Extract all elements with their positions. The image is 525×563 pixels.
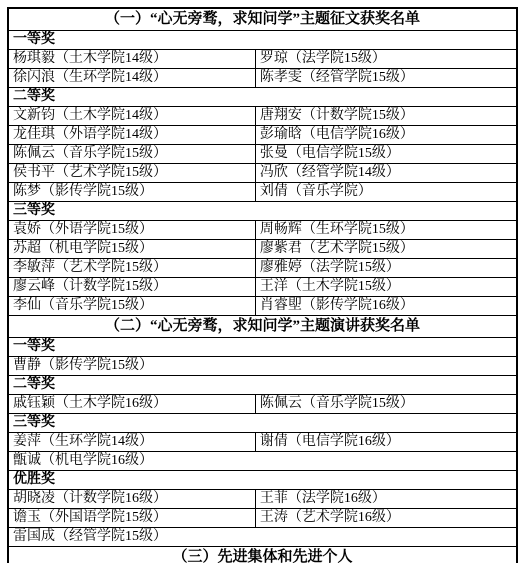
winner-row: 侯书平（艺术学院15级）冯欣（经管学院14级） xyxy=(8,164,517,183)
award-tier-row: 优胜奖 xyxy=(8,471,517,490)
winner-name-cell: 姜萍（生环学院14级） xyxy=(8,433,255,452)
winner-row: 苏超（机电学院15级）廖紫君（艺术学院15级） xyxy=(8,240,517,259)
winner-row: 龙佳琪（外语学院14级）彭瑜晗（电信学院16级） xyxy=(8,126,517,145)
winner-name-cell: 彭瑜晗（电信学院16级） xyxy=(255,126,517,145)
winner-name-cell: 陈佩云（音乐学院15级） xyxy=(8,145,255,164)
award-tier-label: 二等奖 xyxy=(8,88,517,107)
winner-name-cell: 雷国成（经管学院15级） xyxy=(8,528,517,547)
awards-table-body: （一）“心无旁骛，求知问学”主题征文获奖名单一等奖杨琪毅（土木学院14级）罗琼（… xyxy=(8,8,517,563)
winner-name-cell: 王涛（艺术学院16级） xyxy=(255,509,517,528)
winner-name-cell: 谵玉（外国语学院15级） xyxy=(8,509,255,528)
winner-name-cell: 胡晓凌（计数学院16级） xyxy=(8,490,255,509)
awards-table: （一）“心无旁骛，求知问学”主题征文获奖名单一等奖杨琪毅（土木学院14级）罗琼（… xyxy=(7,7,518,563)
winner-name-cell: 苏超（机电学院15级） xyxy=(8,240,255,259)
winner-name-cell: 龙佳琪（外语学院14级） xyxy=(8,126,255,145)
section-title: （二）“心无旁骛，求知问学”主题演讲获奖名单 xyxy=(8,316,517,338)
section-title: （一）“心无旁骛，求知问学”主题征文获奖名单 xyxy=(8,8,517,31)
winner-name-cell: 张曼（电信学院15级） xyxy=(255,145,517,164)
winner-name-cell: 侯书平（艺术学院15级） xyxy=(8,164,255,183)
winner-row: 陈梦（影传学院15级）刘倩（音乐学院） xyxy=(8,183,517,202)
winner-row: 曹静（影传学院15级） xyxy=(8,357,517,376)
winner-row: 姜萍（生环学院14级）谢倩（电信学院16级） xyxy=(8,433,517,452)
winner-name-cell: 袁娇（外语学院15级） xyxy=(8,221,255,240)
winner-row: 陈佩云（音乐学院15级）张曼（电信学院15级） xyxy=(8,145,517,164)
winner-name-cell: 文新钧（土木学院14级） xyxy=(8,107,255,126)
section-title-row: （三）先进集体和先进个人 xyxy=(8,547,517,563)
winner-row: 戚钰颖（土木学院16级）陈佩云（音乐学院15级） xyxy=(8,395,517,414)
winner-row: 廖云峰（计数学院15级）王洋（土木学院15级） xyxy=(8,278,517,297)
award-tier-row: 二等奖 xyxy=(8,376,517,395)
winner-name-cell: 周畅辉（生环学院15级） xyxy=(255,221,517,240)
winner-row: 谵玉（外国语学院15级）王涛（艺术学院16级） xyxy=(8,509,517,528)
award-tier-label: 三等奖 xyxy=(8,202,517,221)
winner-name-cell: 陈孝雯（经管学院15级） xyxy=(255,69,517,88)
winner-name-cell: 谢倩（电信学院16级） xyxy=(255,433,517,452)
award-tier-label: 一等奖 xyxy=(8,31,517,50)
winner-name-cell: 王洋（土木学院15级） xyxy=(255,278,517,297)
award-tier-label: 优胜奖 xyxy=(8,471,517,490)
winner-name-cell: 曹静（影传学院15级） xyxy=(8,357,517,376)
winner-name-cell: 肖睿堲（影传学院16级） xyxy=(255,297,517,316)
award-tier-row: 一等奖 xyxy=(8,338,517,357)
award-tier-row: 三等奖 xyxy=(8,414,517,433)
winner-name-cell: 戚钰颖（土木学院16级） xyxy=(8,395,255,414)
winner-name-cell: 陈梦（影传学院15级） xyxy=(8,183,255,202)
winner-row: 杨琪毅（土木学院14级）罗琼（法学院15级） xyxy=(8,50,517,69)
winner-row: 袁娇（外语学院15级）周畅辉（生环学院15级） xyxy=(8,221,517,240)
award-tier-label: 三等奖 xyxy=(8,414,517,433)
winner-name-cell: 李敏萍（艺术学院15级） xyxy=(8,259,255,278)
winner-name-cell: 徐闪浪（生环学院14级） xyxy=(8,69,255,88)
award-tier-row: 一等奖 xyxy=(8,31,517,50)
winner-name-cell: 杨琪毅（土木学院14级） xyxy=(8,50,255,69)
award-tier-label: 一等奖 xyxy=(8,338,517,357)
winner-row: 李仙（音乐学院15级）肖睿堲（影传学院16级） xyxy=(8,297,517,316)
winner-row: 甑诚（机电学院16级） xyxy=(8,452,517,471)
winner-name-cell: 唐翔安（计数学院15级） xyxy=(255,107,517,126)
winner-name-cell: 甑诚（机电学院16级） xyxy=(8,452,517,471)
winner-row: 雷国成（经管学院15级） xyxy=(8,528,517,547)
winner-name-cell: 冯欣（经管学院14级） xyxy=(255,164,517,183)
winner-name-cell: 刘倩（音乐学院） xyxy=(255,183,517,202)
winner-name-cell: 罗琼（法学院15级） xyxy=(255,50,517,69)
winner-row: 徐闪浪（生环学院14级）陈孝雯（经管学院15级） xyxy=(8,69,517,88)
winner-name-cell: 廖云峰（计数学院15级） xyxy=(8,278,255,297)
document-page: （一）“心无旁骛，求知问学”主题征文获奖名单一等奖杨琪毅（土木学院14级）罗琼（… xyxy=(0,0,525,563)
winner-name-cell: 陈佩云（音乐学院15级） xyxy=(255,395,517,414)
winner-row: 李敏萍（艺术学院15级）廖雅婷（法学院15级） xyxy=(8,259,517,278)
winner-name-cell: 李仙（音乐学院15级） xyxy=(8,297,255,316)
award-tier-row: 三等奖 xyxy=(8,202,517,221)
section-title-row: （二）“心无旁骛，求知问学”主题演讲获奖名单 xyxy=(8,316,517,338)
winner-row: 文新钧（土木学院14级）唐翔安（计数学院15级） xyxy=(8,107,517,126)
winner-name-cell: 王菲（法学院16级） xyxy=(255,490,517,509)
winner-row: 胡晓凌（计数学院16级）王菲（法学院16级） xyxy=(8,490,517,509)
section-title-row: （一）“心无旁骛，求知问学”主题征文获奖名单 xyxy=(8,8,517,31)
award-tier-label: 二等奖 xyxy=(8,376,517,395)
winner-name-cell: 廖紫君（艺术学院15级） xyxy=(255,240,517,259)
section-title: （三）先进集体和先进个人 xyxy=(8,547,517,563)
winner-name-cell: 廖雅婷（法学院15级） xyxy=(255,259,517,278)
award-tier-row: 二等奖 xyxy=(8,88,517,107)
